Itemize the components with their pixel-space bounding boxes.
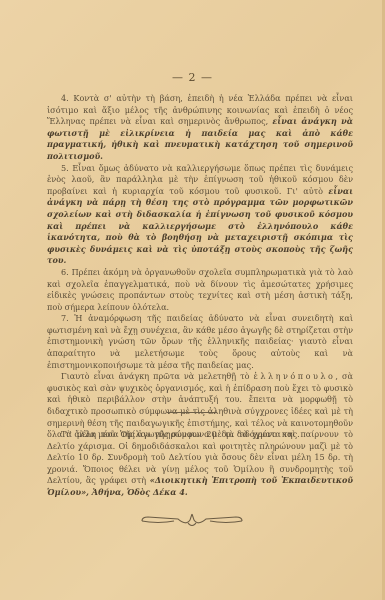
spaced-word: ἑλληνόπουλο	[254, 371, 336, 381]
closing-text-before: Γιαυτὸ εἶναι ἀνάγκη πρῶτα νὰ μελετηθῇ τὸ	[61, 371, 254, 381]
paragraph-5: 5. Εἶναι ὅμως ἀδύνατο νὰ καλλιεργήσωμε ὅ…	[47, 163, 353, 267]
membership-notice: Τὰ μέλη τοῦ Ὁμίλου πληρώνουν 20 δρ. τὸ χ…	[47, 429, 353, 499]
paragraph-4: 4. Κοντὰ σ' αὐτὴν τὴ βάση, ἐπειδὴ ἡ νέα …	[47, 93, 353, 163]
membership-paragraph: Τὰ μέλη τοῦ Ὁμίλου πληρώνουν 20 δρ. τὸ χ…	[47, 429, 353, 499]
main-text: 4. Κοντὰ σ' αὐτὴν τὴ βάση, ἐπειδὴ ἡ νέα …	[47, 93, 353, 441]
paragraph-5-text: 5. Εἶναι ὅμως ἀδύνατο νὰ καλλιεργήσωμε ὅ…	[47, 163, 353, 196]
paragraph-5-emphasis: εἶναι ἀνάγκη νὰ πάρῃ τὴ θέση της στὸ πρό…	[47, 186, 353, 266]
paragraph-7: 7. Ἡ ἀναμόρφωση τῆς παιδείας ἀδύνατο νὰ …	[47, 313, 353, 371]
page-number: — 2 —	[0, 71, 385, 84]
flourish-ornament-icon	[138, 512, 246, 530]
paragraph-7-text: 7. Ἡ ἀναμόρφωση τῆς παιδείας ἀδύνατο νὰ …	[47, 313, 353, 369]
scanned-page: — 2 — 4. Κοντὰ σ' αὐτὴν τὴ βάση, ἐπειδὴ …	[0, 0, 385, 600]
section-divider	[167, 412, 217, 413]
paragraph-6-text: 6. Πρέπει ἀκόμη νὰ ὀργανωθοῦν σχολεῖα συ…	[47, 267, 353, 312]
paragraph-6: 6. Πρέπει ἀκόμη νὰ ὀργανωθοῦν σχολεῖα συ…	[47, 267, 353, 313]
